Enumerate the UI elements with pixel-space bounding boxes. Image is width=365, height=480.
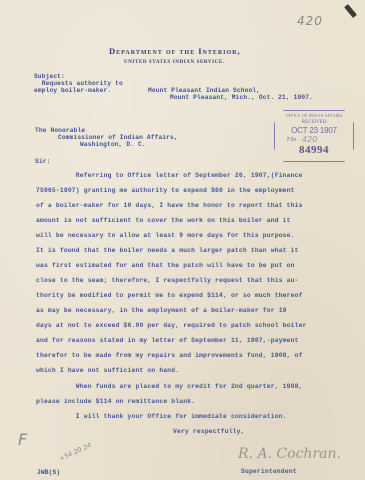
body-line: Referring to Office letter of September … [36, 172, 303, 179]
body-line: of a boiler-maker for 10 days, I have th… [36, 202, 303, 209]
salutation: Sir: [35, 158, 50, 165]
body-line: days at not to exceed $6.00 per day, req… [36, 322, 307, 329]
body-line: therefor to be made from my repairs and … [36, 352, 303, 359]
body-line: amount is not sufficient to cover the wo… [36, 217, 291, 224]
subject-line-2: employ boiler-maker. [34, 87, 111, 94]
recipient-line-1: The Honorable [35, 127, 85, 134]
body-line: It is found that the boiler needs a much… [36, 247, 299, 254]
body-line: I will thank your Office for immediate c… [36, 413, 287, 420]
sender-place-date: Mount Pleasant, Mich., Oct. 21, 1907. [170, 94, 313, 101]
recipient-line-3: Washington, D. C. [80, 141, 146, 148]
letterhead-service: UNITED STATES INDIAN SERVICE. [124, 60, 225, 65]
recipient-line-2: Commissioner of Indian Affairs, [58, 134, 178, 141]
body-line: 75965-1907) granting me authority to exp… [36, 187, 295, 194]
body-line: will be necessary to allow at least 9 mo… [36, 232, 295, 239]
stamp-file-label: File [287, 137, 296, 143]
stamp-date: OCT 23 1907 [275, 126, 353, 135]
stamp-received: RECEIVED [275, 120, 353, 125]
body-line: please include $114 on remittance blank. [36, 398, 195, 405]
received-stamp: OFFICE OF INDIAN AFFAIRS RECEIVED OCT 23… [274, 110, 354, 162]
body-line: as may be necessary, in the employment o… [36, 307, 287, 314]
body-line: When funds are placed to my credit for 2… [36, 383, 303, 390]
signature: R. A. Cochran. [238, 446, 341, 462]
subject-line-1: Requests authority to [34, 80, 123, 87]
letter-paper [0, 0, 365, 480]
stamp-office-text: OFFICE OF INDIAN AFFAIRS [275, 114, 353, 118]
subject-label: Subject: [34, 73, 65, 80]
stamp-number: 84994 [275, 144, 353, 156]
sender-school: Mount Pleasant Indian School, [148, 87, 260, 94]
body-line: thority be modified to permit me to expe… [36, 292, 303, 299]
body-line: was first estimated for and that the pat… [36, 262, 295, 269]
body-line: and for reasons stated in my letter of S… [36, 337, 299, 344]
pencil-mark: F [18, 430, 27, 449]
stamp-file-number: 420 [302, 135, 317, 144]
closing: Very respectfully, [173, 428, 245, 435]
body-line: close to the seam; therefore, I respectf… [36, 277, 299, 284]
pencil-page-number: 420 [297, 14, 323, 28]
typist-initials: JWB(S) [37, 469, 60, 476]
letterhead-department: Department of the Interior, [109, 46, 241, 56]
signer-title: Superintendent [241, 468, 297, 475]
body-line: which I have not sufficient on hand. [36, 367, 179, 374]
